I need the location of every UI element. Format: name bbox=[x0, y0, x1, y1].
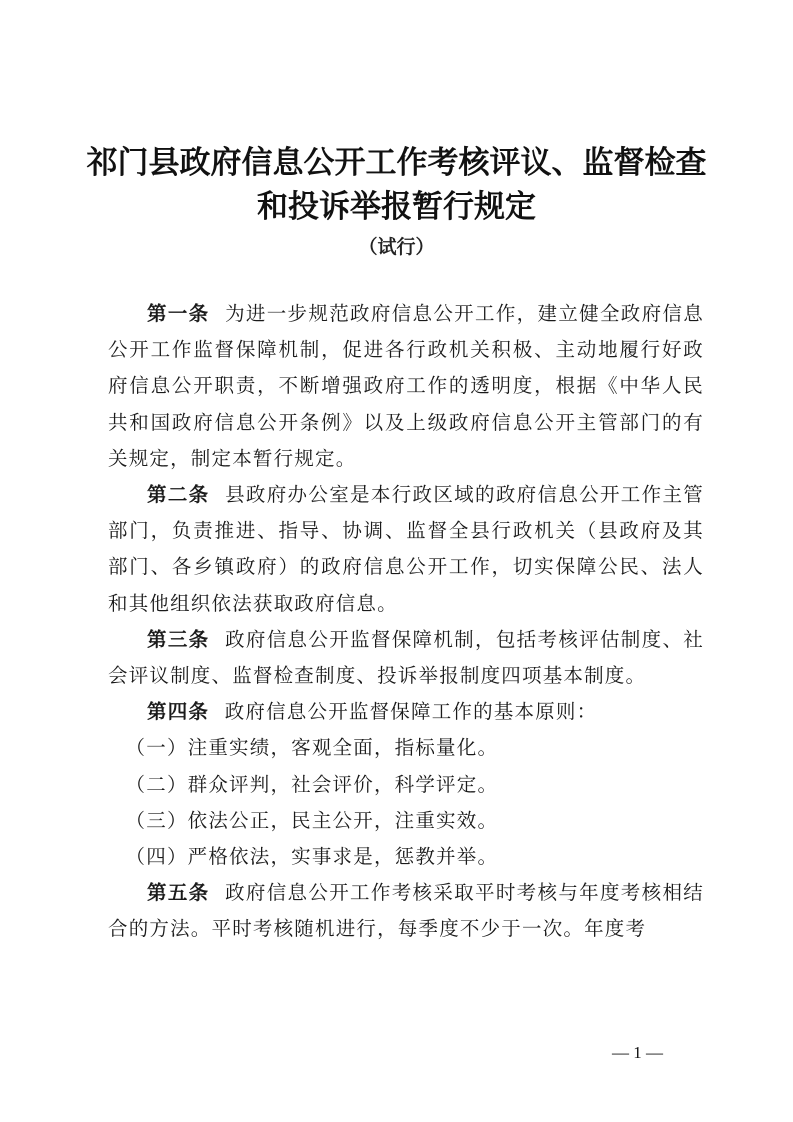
document-body: 第一条为进一步规范政府信息公开工作，建立健全政府信息公开工作监督保障机制，促进各… bbox=[108, 296, 704, 948]
page-number: — 1 — bbox=[612, 1043, 663, 1063]
principle-item: （一）注重实绩，客观全面，指标量化。 bbox=[108, 730, 704, 766]
article-heading: 第三条 bbox=[147, 628, 209, 651]
principle-item: （四）严格依法，实事求是，惩教并举。 bbox=[108, 839, 704, 875]
principle-item: （二）群众评判，社会评价，科学评定。 bbox=[108, 767, 704, 803]
article-text: 政府信息公开监督保障工作的基本原则： bbox=[225, 700, 598, 723]
article-4: 第四条政府信息公开监督保障工作的基本原则： bbox=[108, 694, 704, 730]
document-title-line-2: 和投诉举报暂行规定 bbox=[0, 181, 793, 226]
article-1: 第一条为进一步规范政府信息公开工作，建立健全政府信息公开工作监督保障机制，促进各… bbox=[108, 296, 704, 477]
article-heading: 第四条 bbox=[147, 700, 209, 723]
article-heading: 第二条 bbox=[147, 483, 209, 506]
article-text: 为进一步规范政府信息公开工作，建立健全政府信息公开工作监督保障机制，促进各行政机… bbox=[108, 302, 704, 470]
document-subtitle: （试行） bbox=[0, 232, 793, 259]
document-title-line-1: 祁门县政府信息公开工作考核评议、监督检查 bbox=[0, 137, 793, 182]
article-5: 第五条政府信息公开工作考核采取平时考核与年度考核相结合的方法。平时考核随机进行，… bbox=[108, 875, 704, 947]
article-heading: 第五条 bbox=[147, 881, 209, 904]
article-3: 第三条政府信息公开监督保障机制，包括考核评估制度、社会评议制度、监督检查制度、投… bbox=[108, 622, 704, 694]
article-heading: 第一条 bbox=[147, 302, 209, 325]
principle-item: （三）依法公正，民主公开，注重实效。 bbox=[108, 803, 704, 839]
article-2: 第二条县政府办公室是本行政区域的政府信息公开工作主管部门，负责推进、指导、协调、… bbox=[108, 477, 704, 622]
